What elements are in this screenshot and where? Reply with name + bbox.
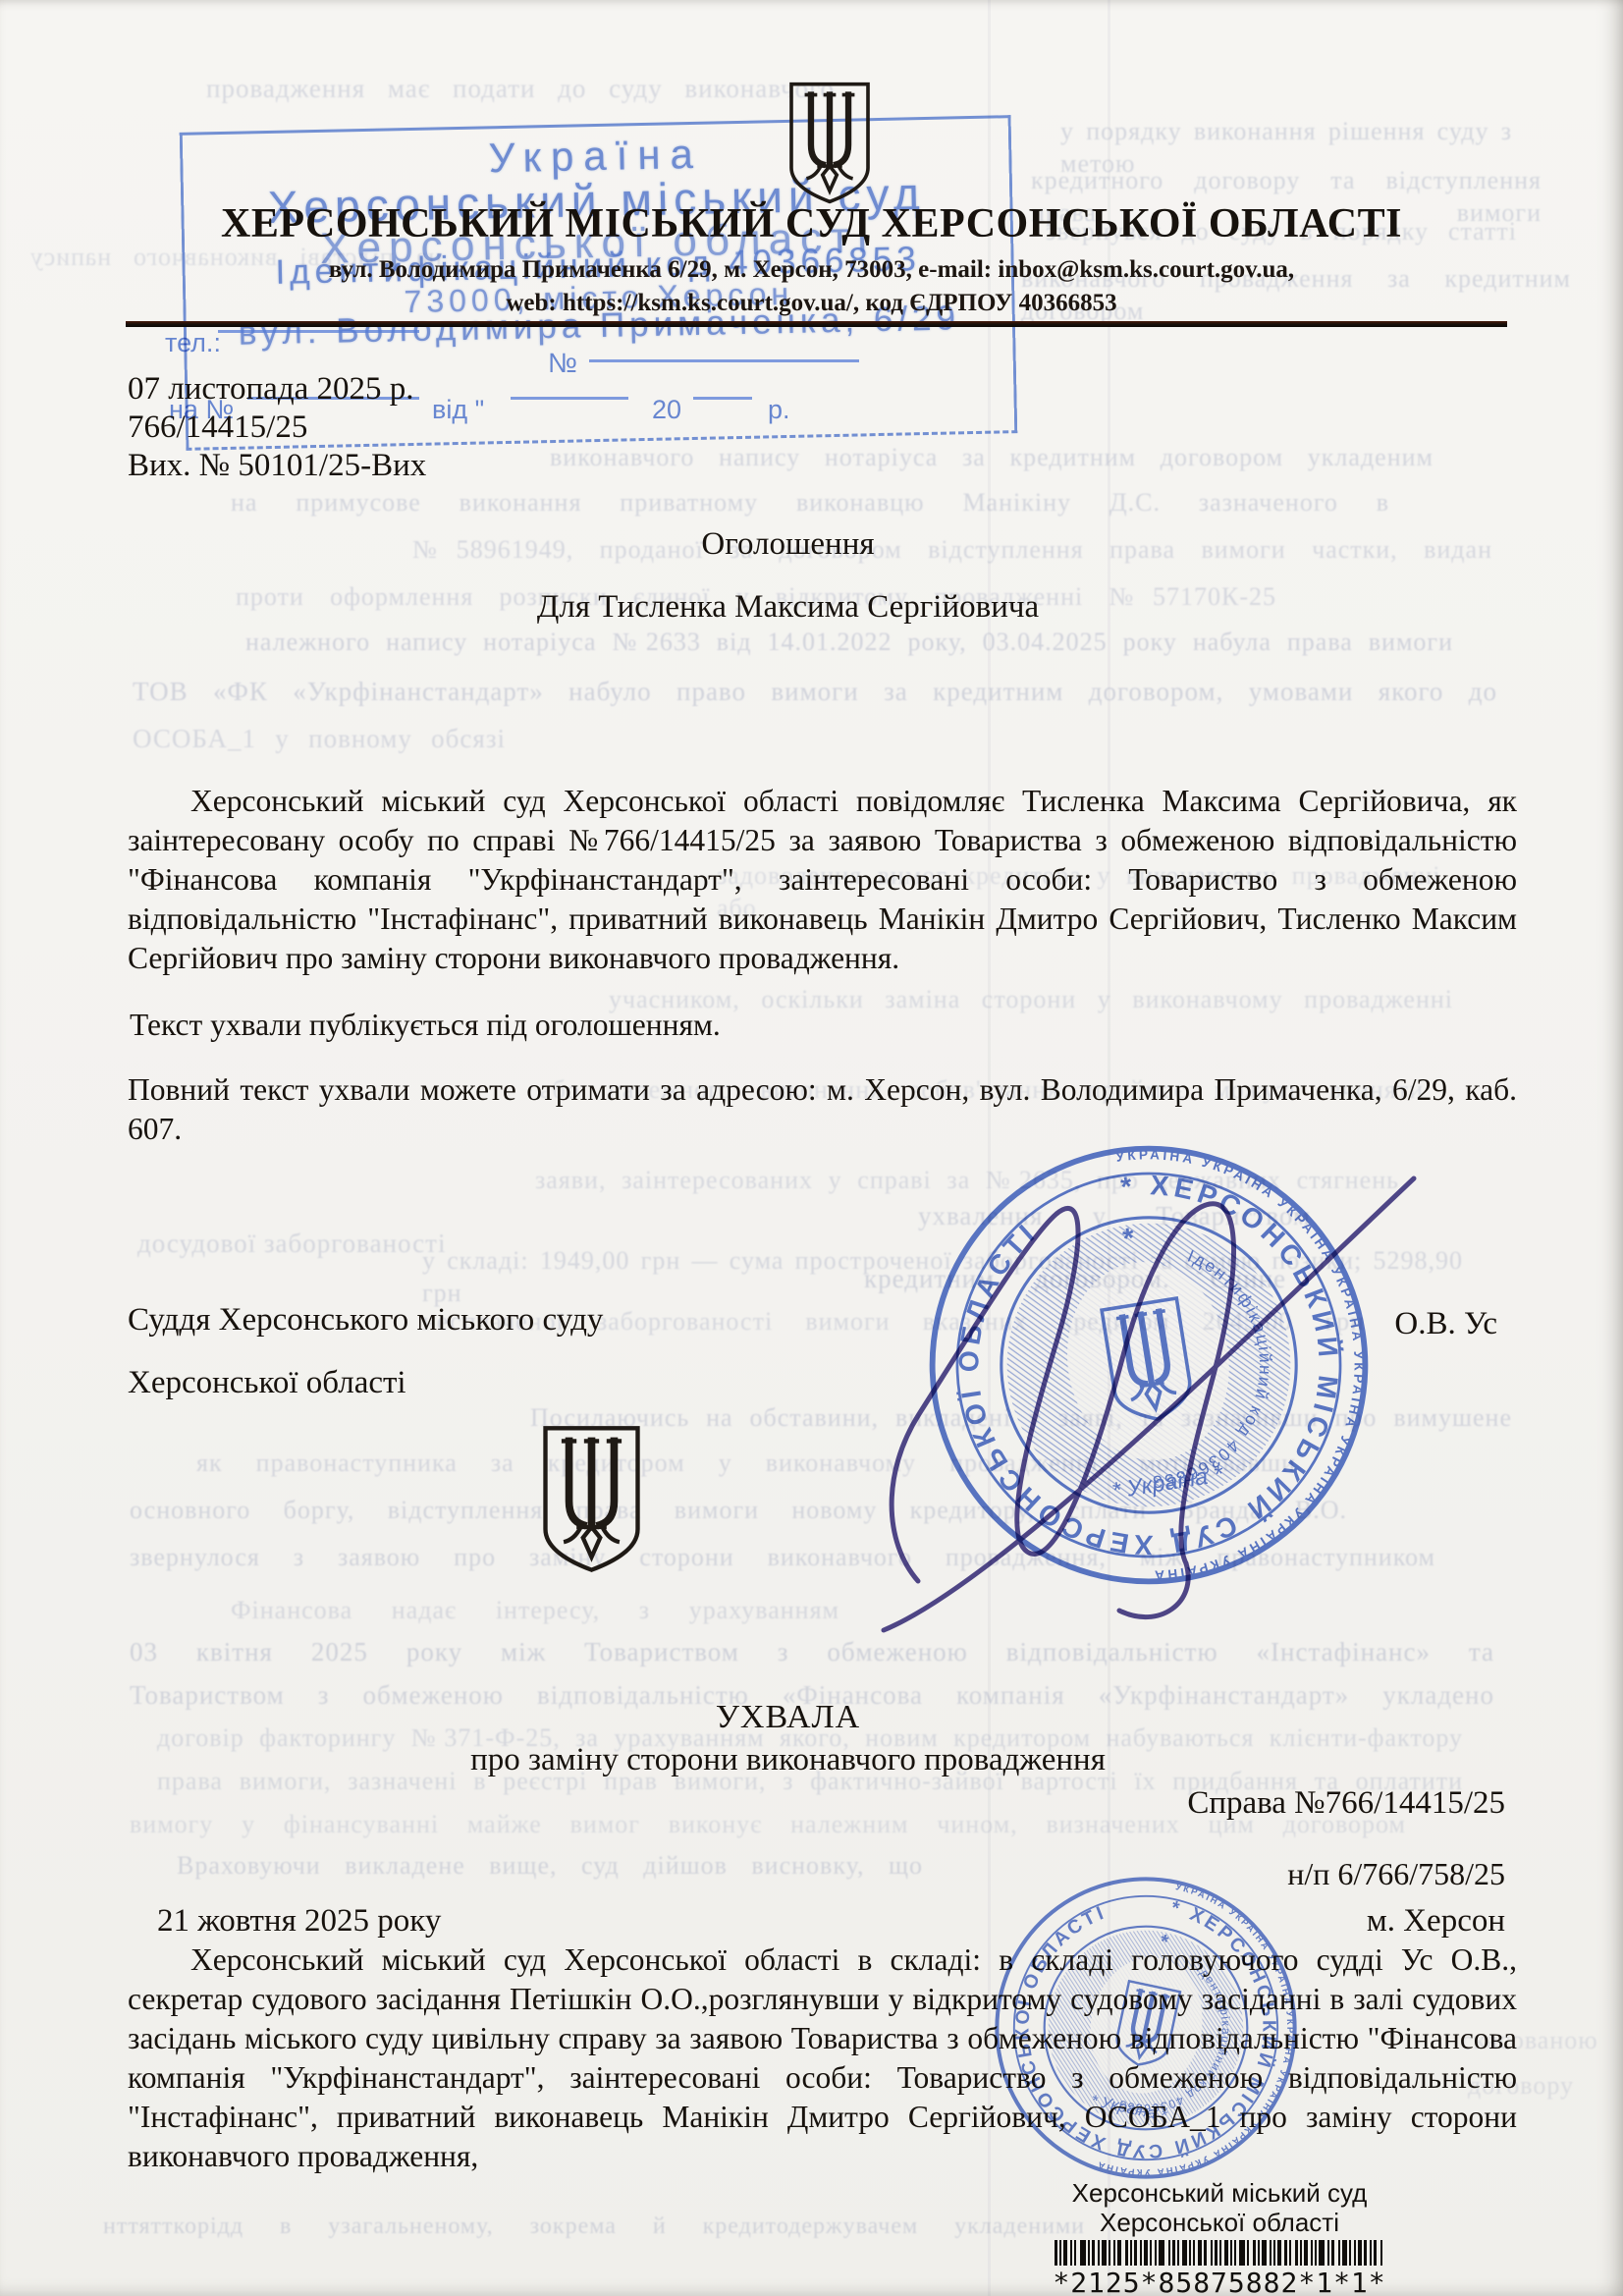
stamp-vid-label: від " — [432, 395, 484, 425]
court-title: ХЕРСОНСЬКИЙ МІСЬКИЙ СУД ХЕРСОНСЬКОЇ ОБЛА… — [0, 200, 1623, 247]
scanned-court-document: провадження має подати до суду виконавчо… — [0, 0, 1623, 2296]
ruling-subheading: про заміну сторони виконавчого проваджен… — [128, 1742, 1448, 1778]
judge-title-line1: Суддя Херсонського міського суду — [128, 1302, 603, 1339]
bleedthrough-text: нттятткорідд в узагальненому, зокрема й … — [103, 2212, 1085, 2241]
ruling-case-label: Справа №766/14415/25 — [1187, 1785, 1505, 1822]
document-date: 07 листопада 2025 р. — [128, 371, 414, 408]
judge-title-line2: Херсонської області — [128, 1365, 406, 1401]
bleedthrough-text: досудової заборгованості — [137, 1228, 446, 1261]
announcement-note1: Текст ухвали публікується під оголошення… — [130, 1008, 721, 1043]
judge-signature — [825, 1120, 1453, 1669]
ruling-heading: УХВАЛА — [128, 1699, 1448, 1736]
bleedthrough-text: Враховуючи викладене вище, суд дійшов ви… — [177, 1850, 923, 1883]
announcement-addressee: Для Тисленка Максима Сергійовича — [128, 589, 1448, 626]
case-number: 766/14415/25 — [128, 410, 307, 446]
ruling-np-label: н/п 6/766/758/25 — [1287, 1856, 1505, 1892]
stamp-no-label: № — [548, 348, 577, 379]
stamp-r-label: р. — [768, 395, 790, 425]
court-web-line: web: https://ksm.ks.court.gov.ua/, код Є… — [0, 290, 1623, 317]
footer-court-line2: Херсонської області — [1013, 2208, 1426, 2237]
bleedthrough-text: Фінансова надає інтересу, з урахуванням — [231, 1595, 839, 1627]
bleedthrough-text: ОСОБА_1 у повному обсязі — [133, 723, 506, 756]
no-blank — [589, 359, 859, 362]
tel-blank — [218, 330, 419, 333]
announcement-body: Херсонський міський суд Херсонської обла… — [128, 782, 1517, 978]
bleedthrough-text: виконавчого напису нотаріуса за кредитни… — [550, 442, 1434, 474]
coat-of-arms-icon — [536, 1424, 647, 1574]
bleedthrough-text: на примусове виконання приватному викона… — [231, 487, 1389, 519]
stamp-year-label: 20 — [652, 395, 681, 425]
ruling-city: м. Херсон — [1367, 1903, 1505, 1940]
announcement-heading: Оголошення — [128, 526, 1448, 563]
bleedthrough-text: учасником, оскільки заміна сторони у вик… — [609, 984, 1453, 1016]
bleedthrough-text: провадження має подати до суду виконавчо… — [206, 73, 835, 106]
barcode-caption: *2125*85875882*1*1* — [1013, 2267, 1426, 2296]
bleedthrough-text: належного напису нотаріуса №2633 від 14.… — [245, 627, 1453, 659]
outgoing-number: Вих. № 50101/25-Вих — [128, 448, 426, 484]
barcode — [1013, 2240, 1426, 2266]
bleedthrough-text: ТОВ «ФК «Укрфінанстандарт» набуло право … — [133, 676, 1497, 709]
header-divider — [126, 321, 1507, 327]
year-blank — [693, 397, 752, 400]
court-address-line: вул. Володимира Примаченка 6/29, м. Херс… — [0, 256, 1623, 284]
ruling-date: 21 жовтня 2025 року — [157, 1903, 441, 1940]
coat-of-arms-icon — [784, 81, 875, 205]
court-round-seal: УКРАЇНА УКРАЇНА УКРАЇНА УКРАЇНА УКРАЇНА … — [958, 1840, 1333, 2215]
vid-blank — [511, 397, 628, 400]
stamp-tel-label: тел.: — [165, 328, 221, 358]
